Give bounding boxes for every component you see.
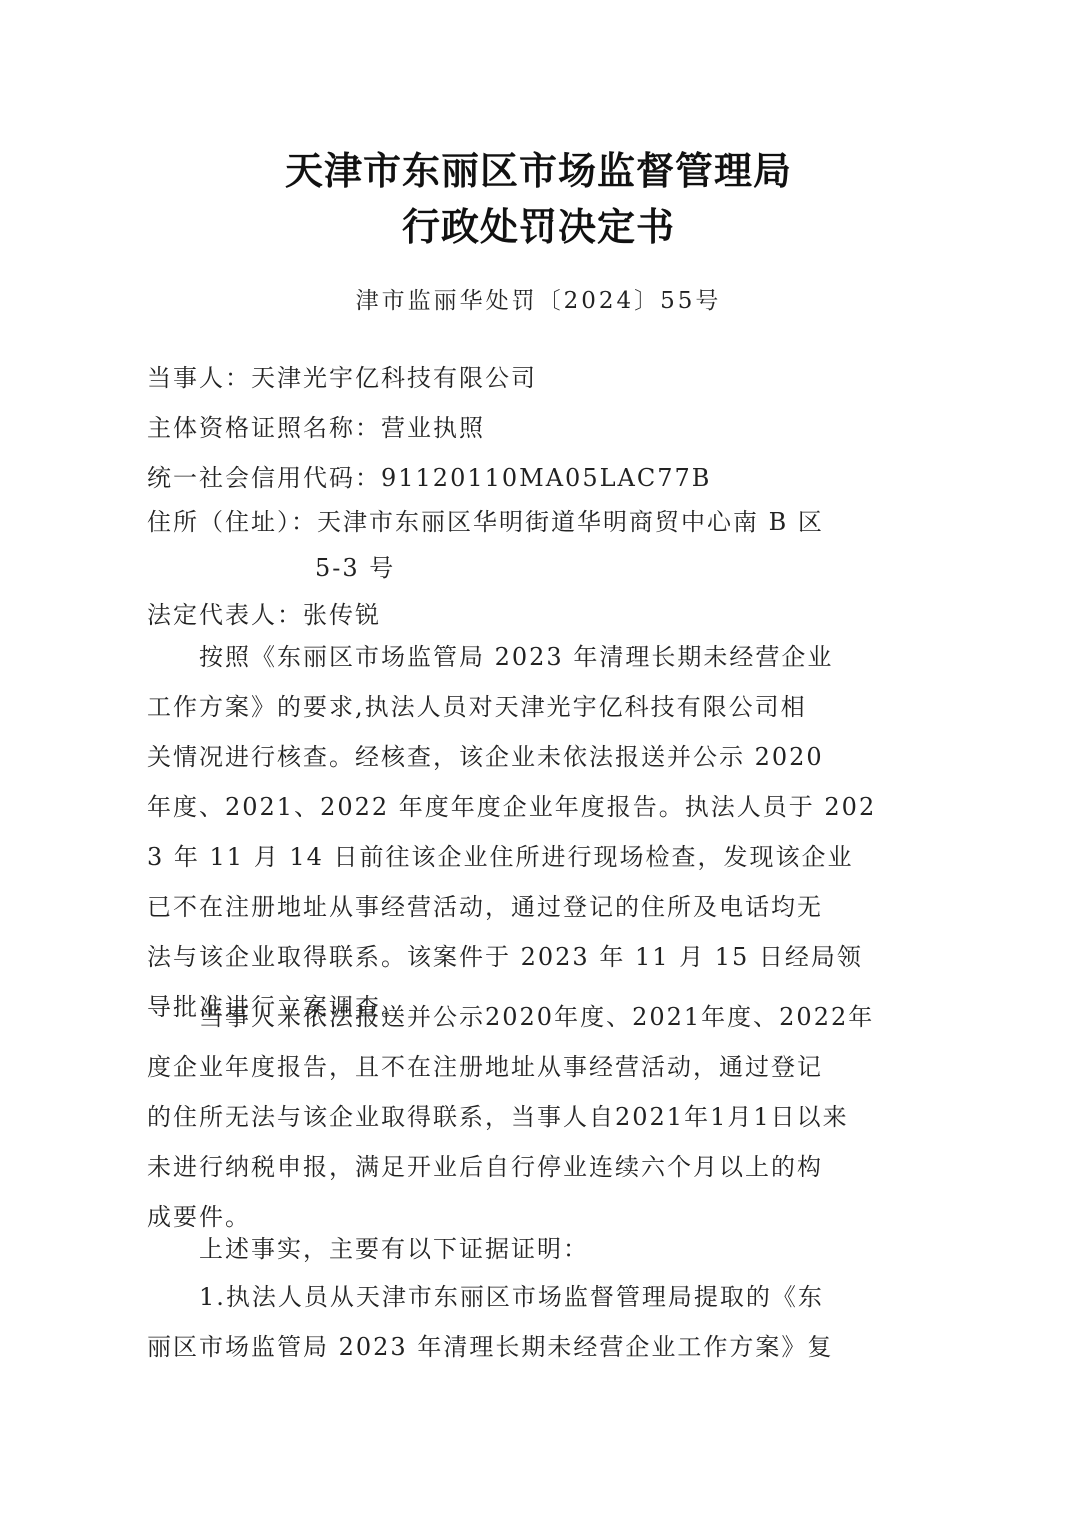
paragraph-evidence-intro: 上述事实，主要有以下证据证明： [147,1224,903,1274]
agency-title: 天津市东丽区市场监督管理局 [0,140,1077,195]
license-name: 主体资格证照名称：营业执照 [147,408,485,443]
paragraph-investigation: 按照《东丽区市场监管局 2023 年清理长期未经营企业 工作方案》的要求,执法人… [147,632,903,1032]
document-number: 津市监丽华处罚〔2024〕55号 [0,282,1077,315]
paragraph-findings: 当事人未依法报送并公示2020年度、2021年度、2022年 度企业年度报告，且… [147,992,903,1242]
document-title: 行政处罚决定书 [0,196,1077,251]
address-line-1: 住所（住址）：天津市东丽区华明街道华明商贸中心南 B 区 [147,502,824,537]
legal-representative: 法定代表人：张传锐 [147,595,381,630]
address-line-2: 5-3 号 [315,548,395,583]
paragraph-evidence-1: 1.执法人员从天津市东丽区市场监督管理局提取的《东 丽区市场监管局 2023 年… [147,1272,903,1372]
credit-code: 统一社会信用代码：91120110MA05LAC77B [147,458,711,493]
party-name: 当事人：天津光宇亿科技有限公司 [147,358,537,393]
